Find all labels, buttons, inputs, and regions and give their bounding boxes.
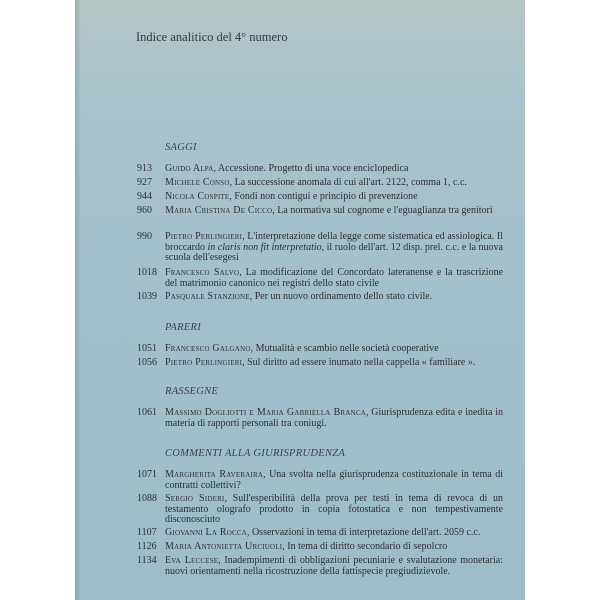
page-number: 1056 [137, 358, 165, 369]
page-number: 944 [137, 192, 165, 203]
author: Eva Leccese [165, 555, 218, 566]
page-number: 1061 [137, 408, 165, 419]
section-heading-commenti: COMMENTI ALLA GIURISPRUDENZA [165, 448, 345, 459]
author: Guido Alpa [165, 163, 213, 174]
page-number: 1088 [137, 494, 165, 505]
author: Francesco Salvo [165, 267, 239, 278]
page-number: 913 [137, 164, 165, 175]
author: Maria Antonietta Urciuoli [165, 541, 282, 552]
author: Nicola Cospite [165, 191, 229, 202]
page-number: 990 [137, 232, 165, 243]
page-number: 1039 [137, 292, 165, 303]
author: Giovanni La Rocca [165, 527, 247, 538]
page-number: 1018 [137, 268, 165, 279]
entry-title: , Osservazioni in tema di interpretazion… [247, 527, 480, 538]
author: Pasquale Stanzione [165, 291, 250, 302]
section-heading-rassegne: RASSEGNE [165, 386, 218, 397]
author: Michele Conso [165, 177, 230, 188]
page-number: 960 [137, 206, 165, 217]
entry-title: , In tema di diritto secondario di sepol… [282, 541, 447, 552]
author: Margherita Raveraira [165, 469, 263, 480]
page-number: 1051 [137, 344, 165, 355]
page-number: 927 [137, 178, 165, 189]
section-heading-pareri: PARERI [165, 322, 201, 333]
author: Sergio Sideri [165, 493, 224, 504]
document-page: Indice analitico del 4° numero SAGGI 913… [75, 0, 525, 600]
entry-title: , Sul diritto ad essere inumato nella ca… [242, 357, 475, 368]
author: Pietro Perlingieri [165, 357, 242, 368]
entry-title: , La successione anomala di cui all'art.… [230, 177, 467, 188]
page-number: 1071 [137, 470, 165, 481]
page-number: 1107 [137, 528, 165, 539]
author: Francesco Galgano [165, 343, 251, 354]
entry-title: , Per un nuovo ordinamento dello stato c… [250, 291, 432, 302]
page-number: 1126 [137, 542, 165, 553]
section-heading-saggi: SAGGI [165, 142, 197, 153]
entry-title: , Accessione. Progetto di una voce encic… [213, 163, 408, 174]
author: Pietro Perlingieri [165, 231, 242, 242]
page-number: 1134 [137, 556, 165, 567]
author: Maria Cristina De Cicco [165, 205, 272, 216]
entry-title-italic: in claris non fit interpretatio [208, 242, 322, 253]
entry-title: , Mutualità e scambio nelle società coop… [251, 343, 439, 354]
entry-title: , Fondi non contigui e principio di prev… [229, 191, 417, 202]
page-title: Indice analitico del 4° numero [136, 30, 287, 45]
author: Massimo Dogliotti e Maria Gabriella Bran… [165, 407, 366, 418]
entry-title: , La normativa sul cognome e l'eguaglian… [272, 205, 492, 216]
